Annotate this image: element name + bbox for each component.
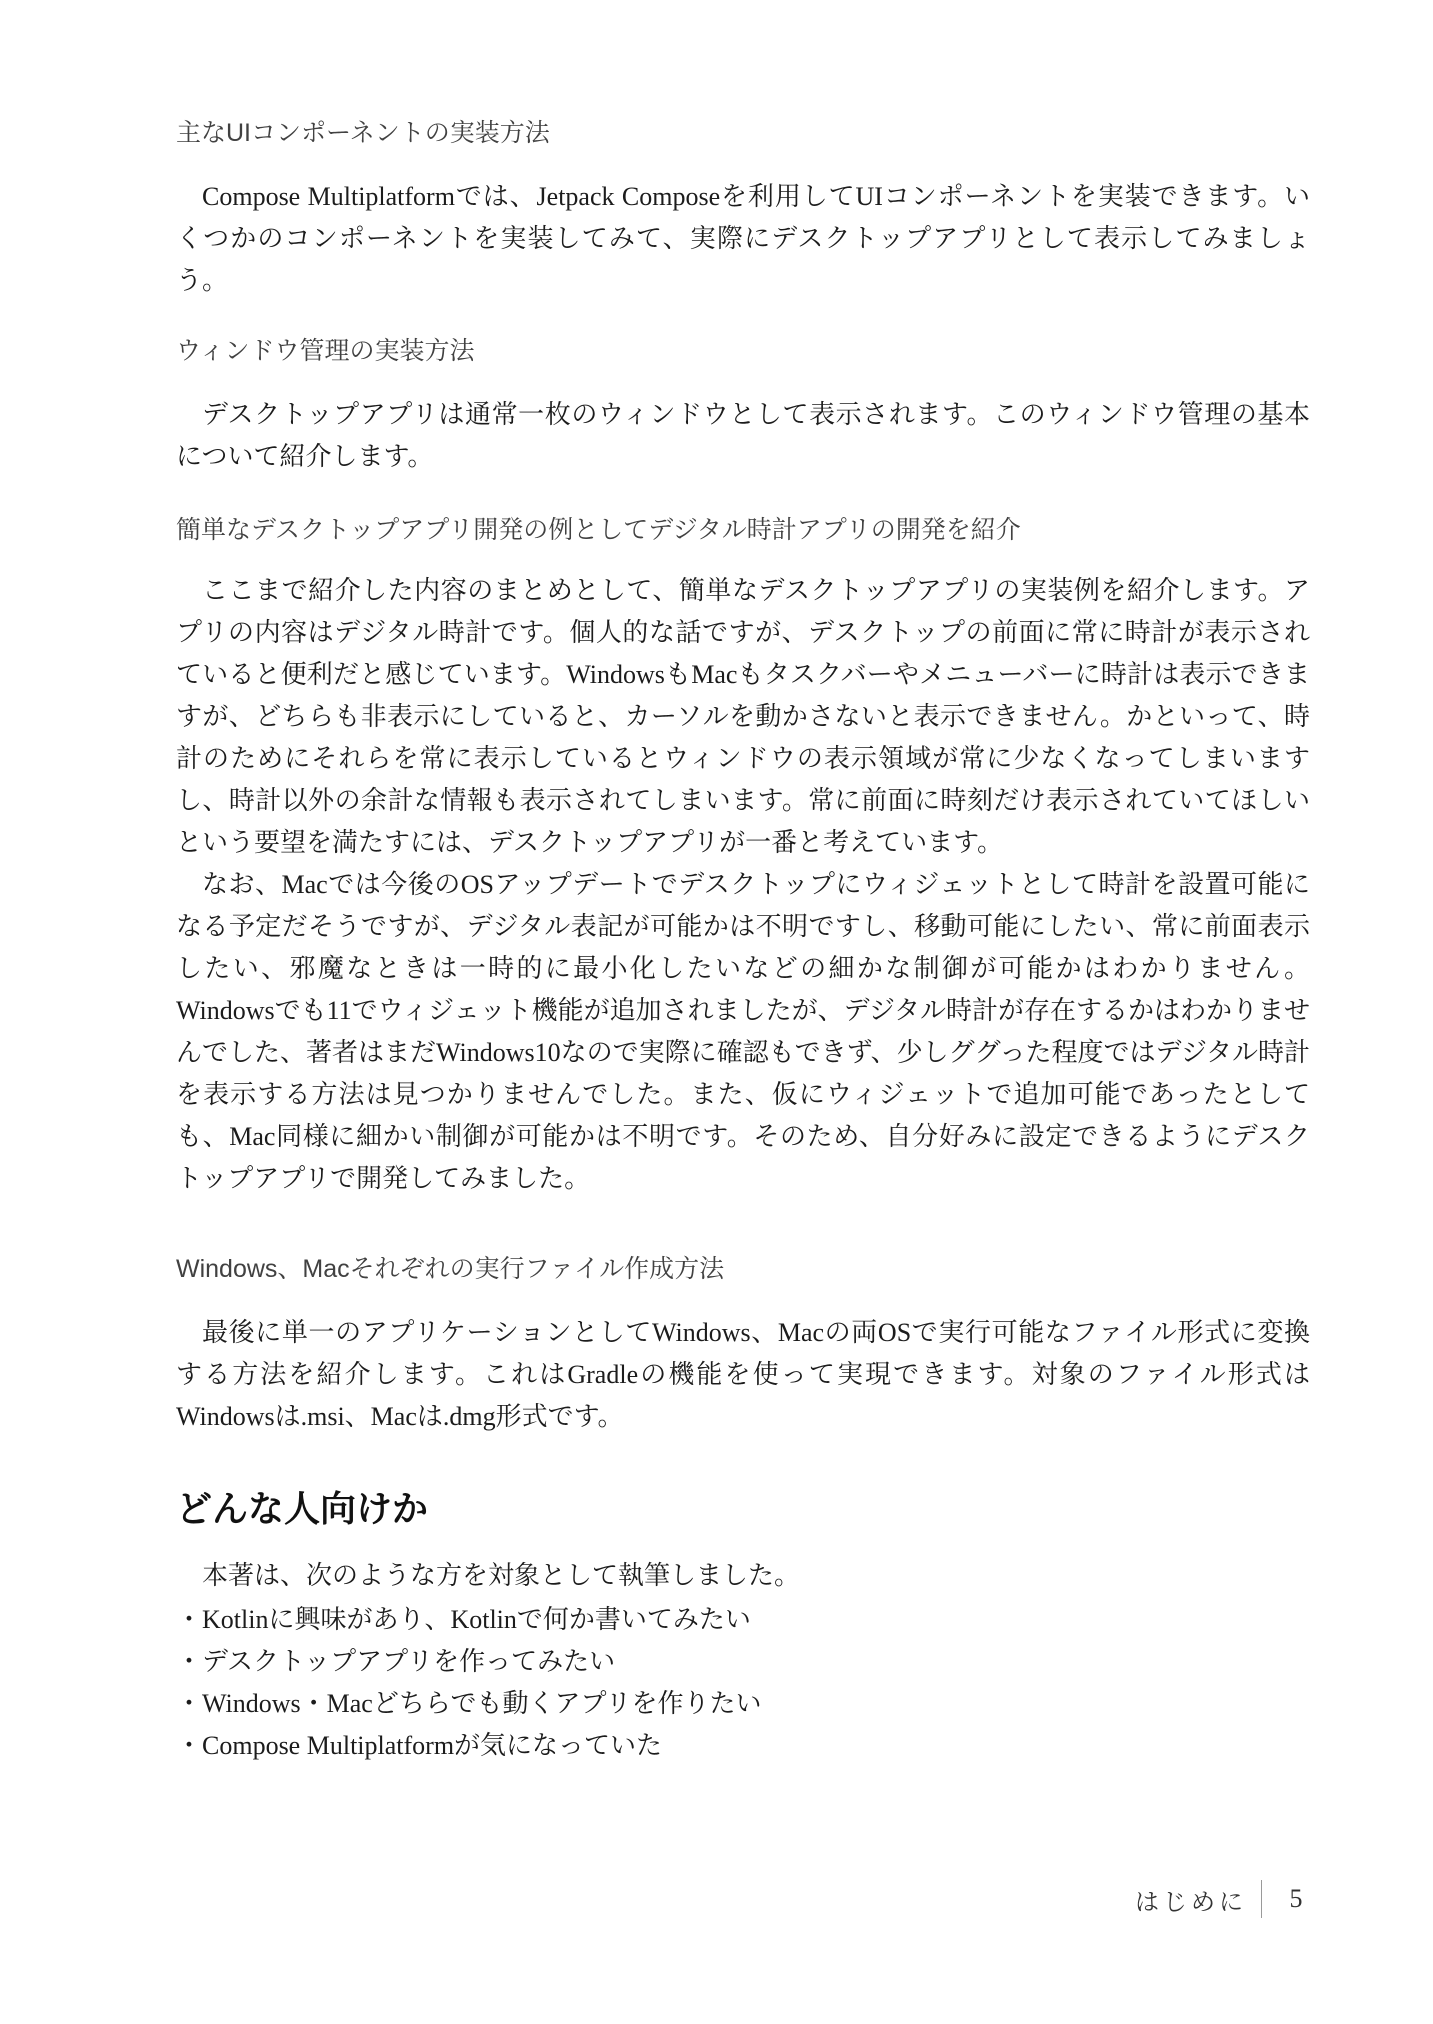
page-footer: はじめに 5 [1135, 1880, 1310, 1918]
list-item: ・Kotlinに興味があり、Kotlinで何か書いてみたい [176, 1599, 1310, 1641]
page-content: 主なUIコンポーネントの実装方法 Compose Multiplatformでは… [176, 118, 1310, 1767]
footer-page-number: 5 [1282, 1884, 1310, 1914]
section-heading-ui-components: 主なUIコンポーネントの実装方法 [176, 118, 1310, 148]
paragraph-clock-app-2: なお、Macでは今後のOSアップデートでデスクトップにウィジェットとして時計を設… [176, 864, 1310, 1200]
section-heading-executable-creation: Windows、Macそれぞれの実行ファイル作成方法 [176, 1254, 1310, 1284]
paragraph-window-management: デスクトップアプリは通常一枚のウィンドウとして表示されます。このウィンドウ管理の… [176, 394, 1310, 478]
paragraph-clock-app-1: ここまで紹介した内容のまとめとして、簡単なデスクトップアプリの実装例を紹介します… [176, 570, 1310, 864]
paragraph-ui-components: Compose Multiplatformでは、Jetpack Composeを… [176, 176, 1310, 302]
list-item: ・Compose Multiplatformが気になっていた [176, 1725, 1310, 1767]
section-heading-window-management: ウィンドウ管理の実装方法 [176, 336, 1310, 366]
paragraph-target-audience-intro: 本著は、次のような方を対象として執筆しました。 [176, 1555, 1310, 1597]
chapter-heading-target-audience: どんな人向けか [176, 1487, 1310, 1531]
list-item: ・デスクトップアプリを作ってみたい [176, 1641, 1310, 1683]
footer-divider [1261, 1880, 1262, 1918]
target-audience-list: ・Kotlinに興味があり、Kotlinで何か書いてみたい ・デスクトップアプリ… [176, 1599, 1310, 1767]
footer-chapter-label: はじめに [1135, 1882, 1247, 1917]
paragraph-executable-creation: 最後に単一のアプリケーションとしてWindows、Macの両OSで実行可能なファ… [176, 1312, 1310, 1438]
section-heading-clock-app-example: 簡単なデスクトップアプリ開発の例としてデジタル時計アプリの開発を紹介 [176, 515, 1310, 545]
document-page: 主なUIコンポーネントの実装方法 Compose Multiplatformでは… [0, 0, 1433, 2024]
list-item: ・Windows・Macどちらでも動くアプリを作りたい [176, 1683, 1310, 1725]
